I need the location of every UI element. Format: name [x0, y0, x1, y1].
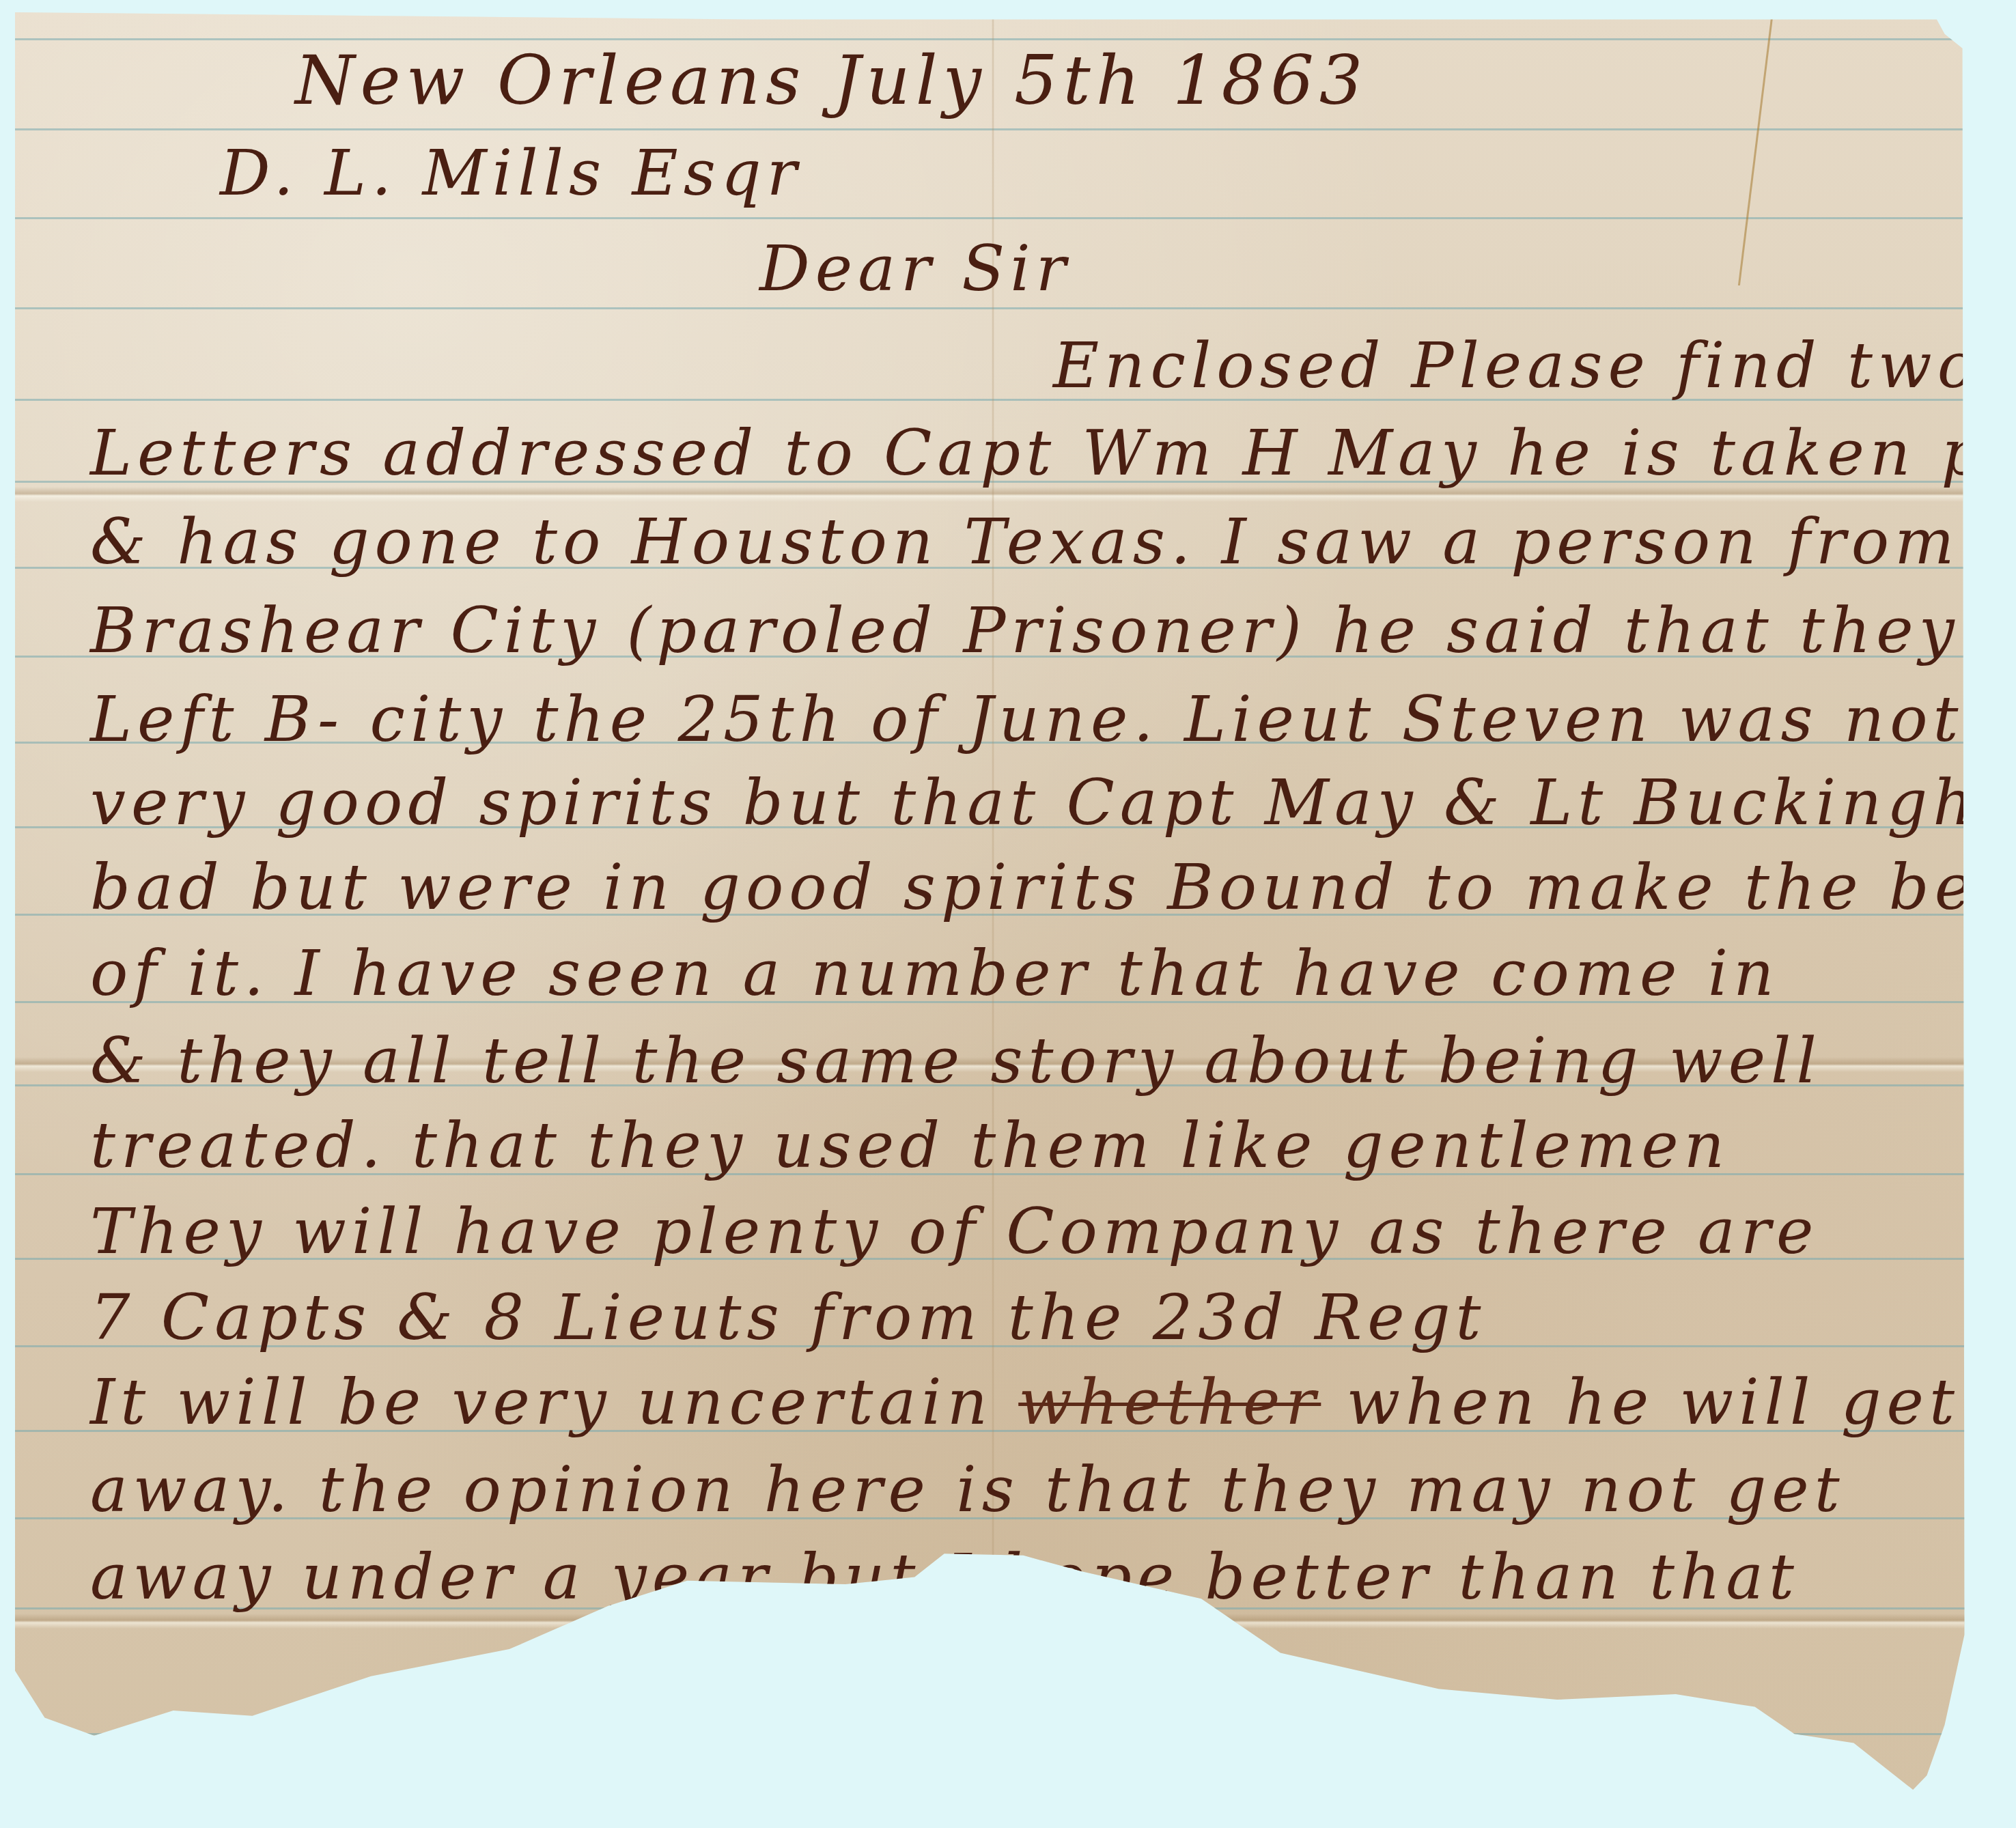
ruled-line: [15, 1733, 1992, 1735]
body-line-9: & they all tell the same story about bei…: [90, 1030, 1822, 1093]
ruled-line: [15, 217, 1992, 219]
body-line-10: treated. that they used them like gentle…: [90, 1114, 1730, 1177]
ruled-line: [15, 307, 1992, 309]
body-line-5: Left B- city the 25th of June. Lieut Ste…: [90, 688, 2016, 751]
body-line-14: away. the opinion here is that they may …: [90, 1459, 1845, 1521]
body-line-6: very good spirits but that Capt May & Lt…: [90, 772, 2016, 834]
body-line-8: of it. I have seen a number that have co…: [90, 942, 1779, 1005]
body-line-7: bad but were in good spirits Bound to ma…: [90, 856, 2016, 919]
body-line-12: 7 Capts & 8 Lieuts from the 23d Regt: [90, 1286, 1487, 1349]
place-date: New Orleans July 5th 1863: [295, 46, 1368, 115]
body-line-13: It will be very uncertain whether when h…: [90, 1371, 1960, 1434]
body-line-15: away under a year but I hope better than…: [90, 1546, 1800, 1609]
body-line-13-start: It will be very uncertain: [90, 1366, 993, 1439]
top-right-tear: [1738, 12, 1774, 285]
salutation: Dear Sir: [759, 238, 1072, 300]
letter-paper: New Orleans July 5th 1863 D. L. Mills Es…: [15, 12, 1992, 1815]
ruled-line: [15, 128, 1992, 130]
horizontal-fold: [15, 1614, 1992, 1629]
body-line-13-end: when he will get: [1347, 1366, 1960, 1439]
body-line-1: Enclosed Please find two: [1053, 335, 1980, 397]
body-line-4: Brashear City (paroled Prisoner) he said…: [90, 600, 1960, 662]
addressee: D. L. Mills Esqr: [220, 142, 802, 205]
struck-word: whether: [1018, 1366, 1321, 1439]
body-line-2: Letters addressed to Capt Wm H May he is…: [90, 422, 2016, 485]
body-line-11: They will have plenty of Company as ther…: [90, 1200, 1819, 1263]
body-line-3: & has gone to Houston Texas. I saw a per…: [90, 511, 1959, 574]
